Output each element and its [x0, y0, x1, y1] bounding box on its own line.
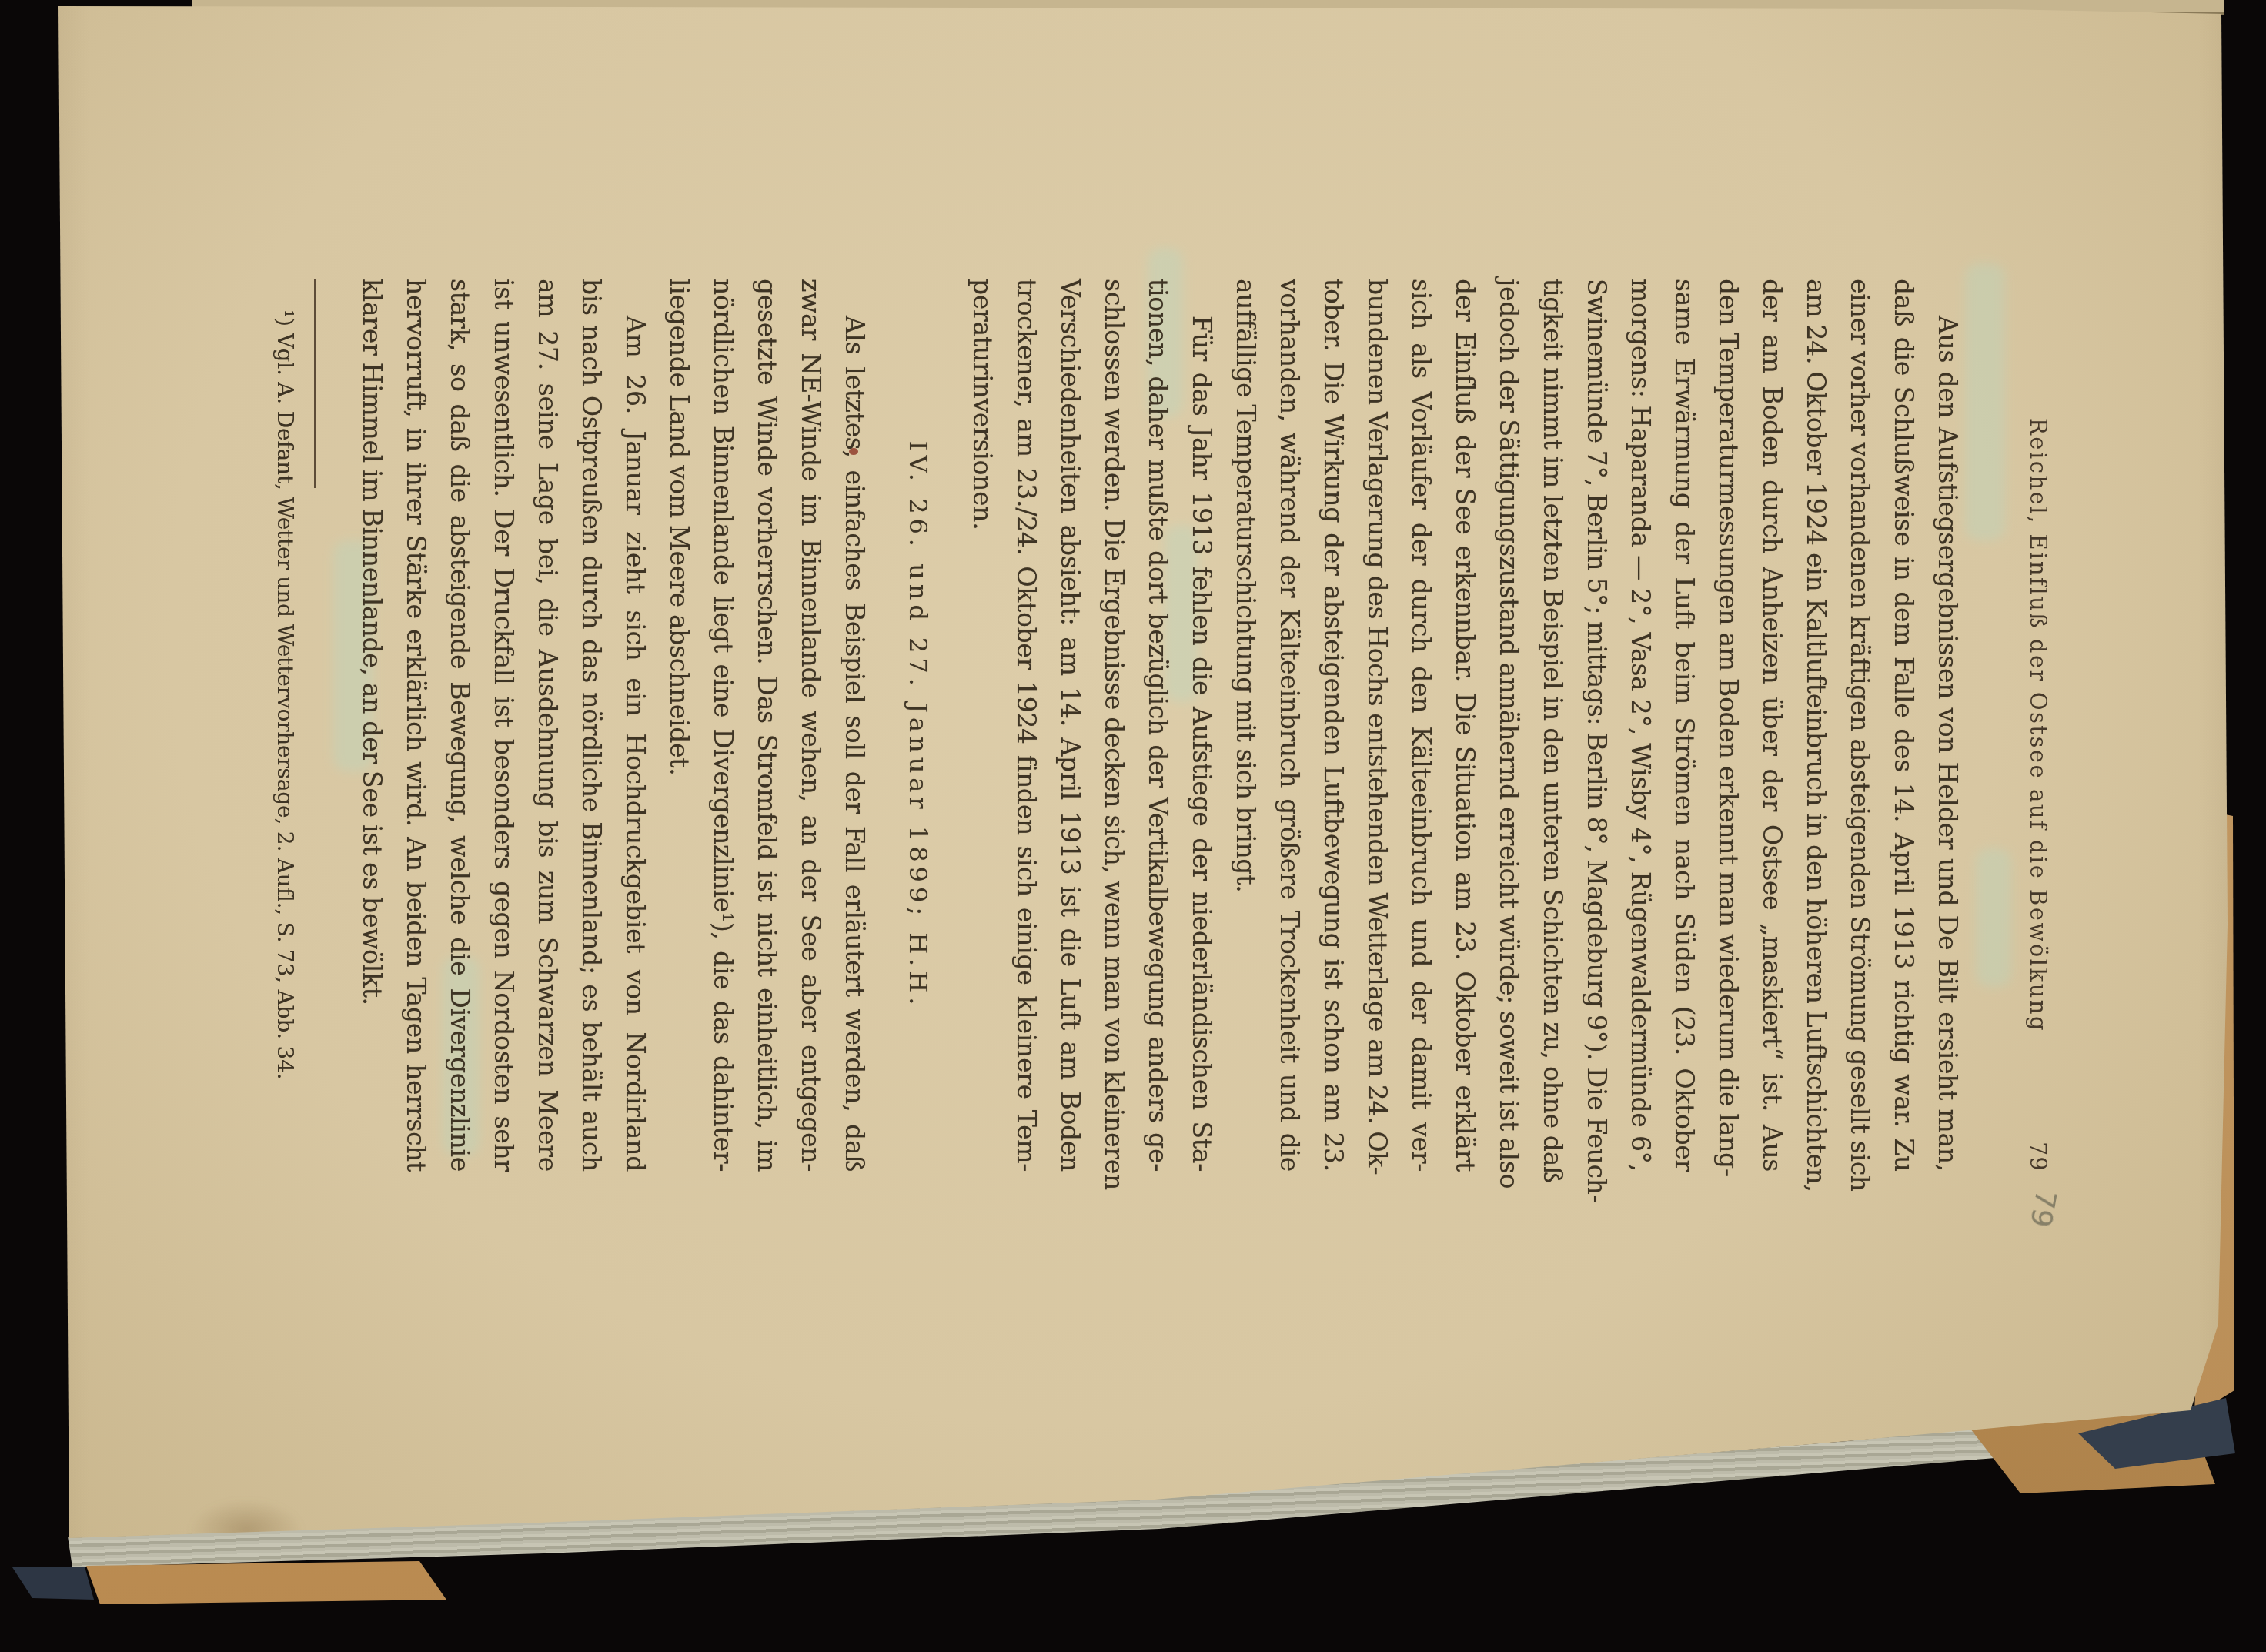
text-line: ist unwesentlich. Der Druckfall ist beso…	[482, 279, 526, 1172]
scan-highlight-artifact	[1148, 248, 1183, 417]
footnote: ¹) Vgl. A. Defant, Wetter und Wettervorh…	[269, 279, 316, 1172]
text-line: bis nach Ostpreußen durch das nördliche …	[570, 279, 613, 1172]
text-line: morgens: Haparanda — 2°, Vasa 2°, Wisby …	[1619, 279, 1663, 1172]
text-line: klarer Himmel im Binnenlande, an der See…	[350, 279, 394, 1172]
footnote-rule	[314, 279, 316, 488]
footnote-text: ¹) Vgl. A. Defant, Wetter und Wettervorh…	[269, 279, 300, 1172]
text-line: gesetzte Winde vorherrschen. Das Stromfe…	[745, 279, 789, 1172]
text-line: peraturinversionen.	[961, 279, 1004, 1172]
text-line: auffällige Temperaturschichtung mit sich…	[1224, 279, 1268, 1172]
text-line: stark, so daß die absteigende Bewegung, …	[438, 279, 482, 1172]
scan-highlight-artifact	[1165, 525, 1198, 702]
page-number: 79	[2025, 1142, 2051, 1172]
text-line: schlossen werden. Die Ergebnisse decken …	[1092, 279, 1136, 1172]
text-line: sich als Vorläufer der durch den Kälteei…	[1399, 279, 1443, 1172]
running-header: Reichel, Einfluß der Ostsee auf die Bewö…	[2020, 279, 2051, 1172]
text-line: zwar NE-Winde im Binnenlande wehen, an d…	[789, 279, 833, 1172]
paragraph: Am 26. Januar zieht sich ein Hochdruckge…	[350, 279, 657, 1172]
text-line: hervorruft, in ihrer Stärke erklärlich w…	[394, 279, 438, 1172]
body-text: Aus den Aufstiegsergebnissen von Helder …	[350, 279, 1970, 1172]
book-page: 79 Reichel, Einfluß der Ostsee auf die B…	[0, 0, 2266, 1652]
text-line: am 27. seine Lage bei, die Ausdehnung bi…	[526, 279, 570, 1172]
text-line: Verschiedenheiten absieht: am 14. April …	[1048, 279, 1092, 1172]
text-line: nördlichen Binnenlande liegt eine Diverg…	[701, 279, 745, 1172]
text-line: Am 26. Januar zieht sich ein Hochdruckge…	[613, 279, 657, 1172]
text-line: jedoch der Sättigungszustand annähernd e…	[1487, 279, 1531, 1172]
text-line: tionen, daher mußte dort bezüglich der V…	[1136, 279, 1180, 1172]
section-heading: IV. 26. und 27. Januar 1899; H.H.	[896, 279, 940, 1172]
scan-highlight-artifact	[333, 540, 373, 771]
text-line: Für das Jahr 1913 fehlen die Aufstiege d…	[1180, 279, 1224, 1172]
scan-highlight-artifact	[443, 956, 480, 1156]
running-header-title: Reichel, Einfluß der Ostsee auf die Bewö…	[2025, 418, 2051, 1032]
text-line: trockener, am 23./24. Oktober 1924 finde…	[1004, 279, 1048, 1172]
paragraph: Für das Jahr 1913 fehlen die Aufstiege d…	[961, 279, 1224, 1172]
paragraph: Aus den Aufstiegsergebnissen von Helder …	[1224, 279, 1970, 1172]
text-line: tober. Die Wirkung der absteigenden Luft…	[1312, 279, 1355, 1172]
text-line: daß die Schlußweise in dem Falle des 14.…	[1882, 279, 1926, 1172]
text-block: Reichel, Einfluß der Ostsee auf die Bewö…	[269, 279, 2051, 1172]
text-line: same Erwärmung der Luft beim Strömen nac…	[1663, 279, 1706, 1172]
text-line: am 24. Oktober 1924 ein Kaltlufteinbruch…	[1794, 279, 1838, 1172]
text-line: vorhanden, während der Kälteeinbruch grö…	[1268, 279, 1312, 1172]
text-line: Swinemünde 7°, Berlin 5°; mittags: Berli…	[1575, 279, 1619, 1172]
book-photo: 79 Reichel, Einfluß der Ostsee auf die B…	[0, 0, 2266, 1652]
text-line: bundenen Verlagerung des Hochs entstehen…	[1355, 279, 1399, 1172]
text-line: der am Boden durch Anheizen über der Ost…	[1750, 279, 1794, 1172]
text-line: den Temperaturmessungen am Boden erkennt…	[1706, 279, 1750, 1172]
text-line: liegende Land vom Meere abschneidet.	[657, 279, 701, 1172]
scan-highlight-artifact	[1976, 848, 2011, 987]
text-line: einer vorher vorhandenen kräftigen abste…	[1838, 279, 1882, 1172]
paragraph: Als letztes, einfaches Beispiel soll der…	[657, 279, 877, 1172]
text-line: Aus den Aufstiegsergebnissen von Helder …	[1926, 279, 1970, 1172]
text-line: tigkeit nimmt im letzten Beispiel in den…	[1531, 279, 1575, 1172]
ink-speck	[849, 448, 858, 455]
pencil-page-number: 79	[2024, 1188, 2064, 1230]
page-content-rotated: 79 Reichel, Einfluß der Ostsee auf die B…	[58, 17, 2236, 1572]
text-line: der Einfluß der See erkennbar. Die Situa…	[1443, 279, 1487, 1172]
text-line: Als letztes, einfaches Beispiel soll der…	[833, 279, 877, 1172]
scan-highlight-artifact	[1965, 263, 2005, 540]
